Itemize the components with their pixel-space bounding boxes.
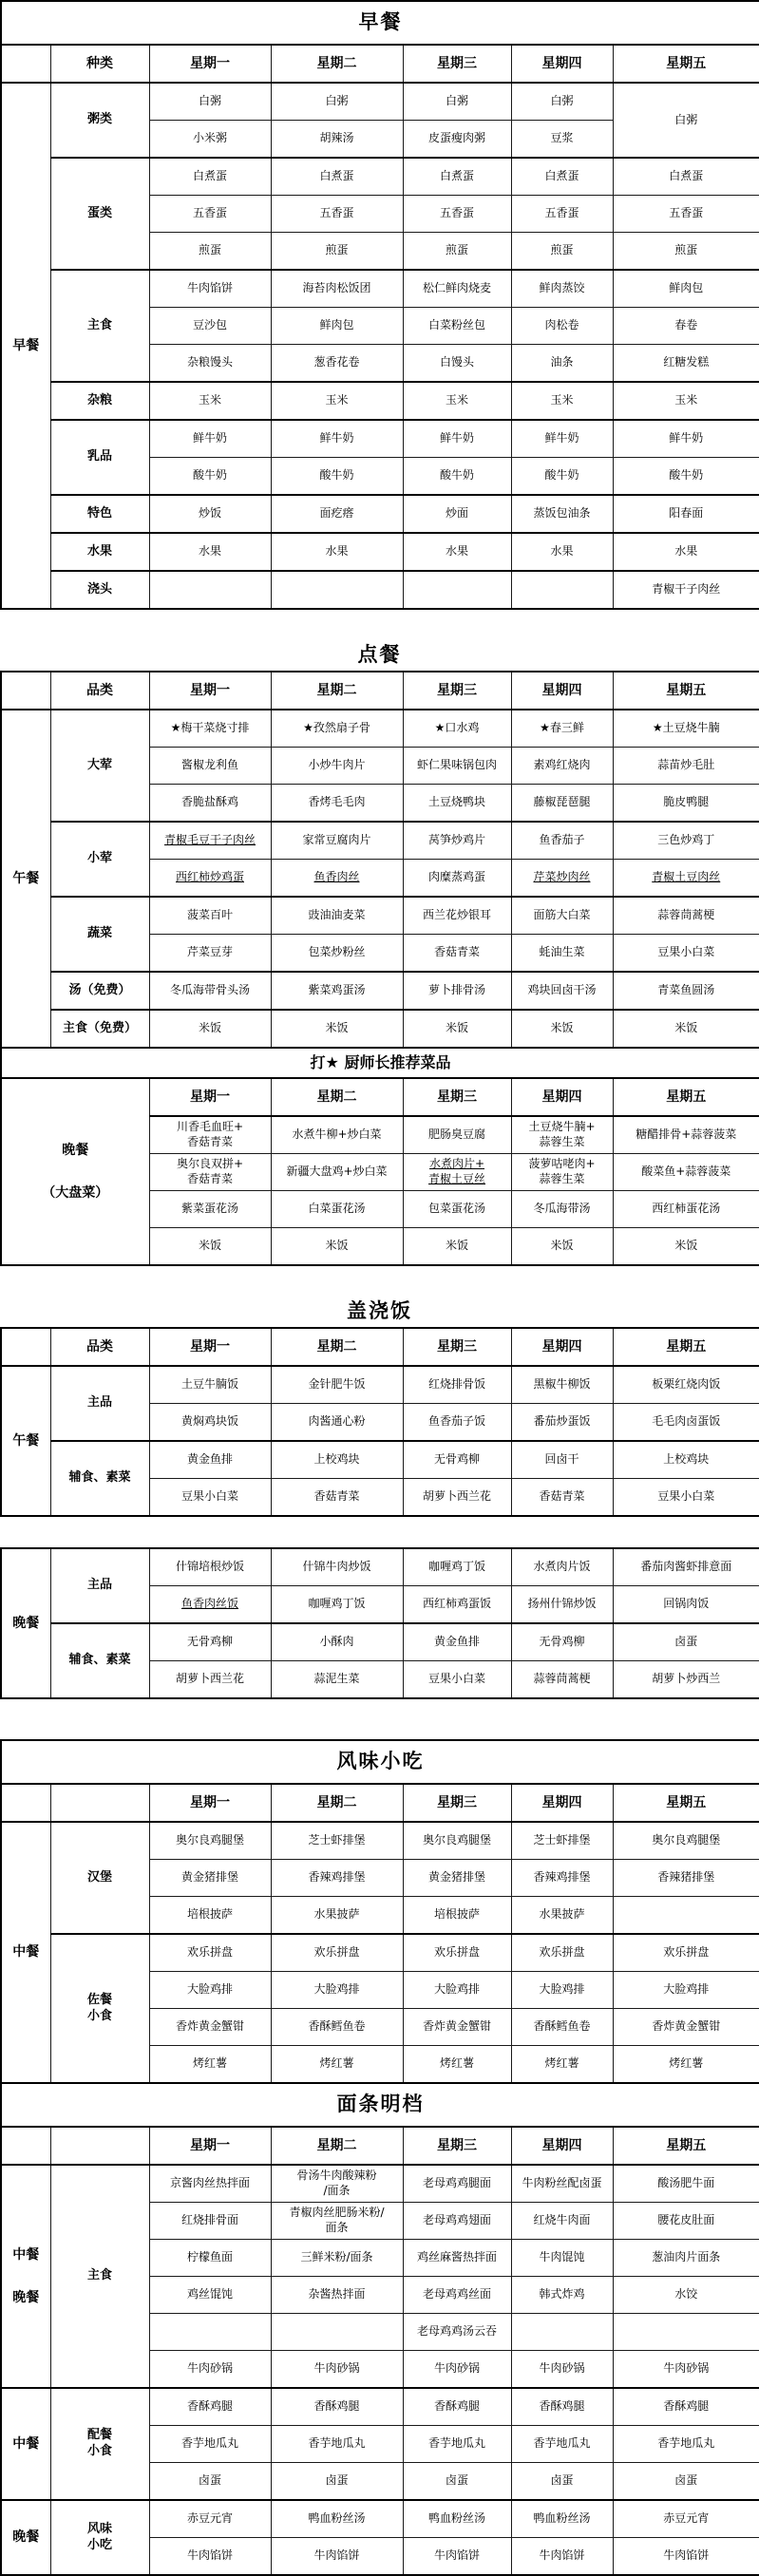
menu-item-cell: 包菜蛋花汤: [403, 1191, 511, 1228]
day-header: 星期五: [613, 2127, 759, 2165]
menu-item-cell: 鲜牛奶: [511, 420, 613, 458]
menu-item-cell: 奥尔良双拼+ 香菇青菜: [149, 1154, 271, 1191]
menu-item-cell: 米饭: [511, 1228, 613, 1266]
category-label: 辅食、素菜: [50, 1441, 149, 1516]
menu-item-cell: 香酥鳕鱼卷: [511, 2009, 613, 2046]
category-label: 特色: [50, 495, 149, 533]
category-label: 风味 小吃: [50, 2500, 149, 2575]
day-header: 星期二: [271, 45, 403, 83]
menu-item-cell: 豆浆: [511, 121, 613, 159]
menu-item-cell: 皮蛋瘦肉粥: [403, 121, 511, 159]
menu-item-cell: ★春三鲜: [511, 710, 613, 748]
corner-cell: [1, 45, 50, 83]
menu-item-cell: 芹菜炒肉丝: [511, 860, 613, 898]
menu-item-cell: 上校鸡块: [271, 1441, 403, 1479]
menu-item-cell: 炒饭: [149, 495, 271, 533]
menu-item-cell: 香酥鸡腿: [149, 2388, 271, 2426]
day-header: 星期四: [511, 45, 613, 83]
menu-item-cell: 韩式炸鸡: [511, 2277, 613, 2314]
menu-item-cell: 黄金猪排堡: [149, 1860, 271, 1897]
menu-item-cell: 大脸鸡排: [613, 1972, 759, 2009]
menu-item-cell: 水煮牛柳+炒白菜: [271, 1116, 403, 1154]
menu-item-cell: 鲜肉包: [613, 270, 759, 308]
menu-item-cell: 酸菜鱼+蒜蓉菠菜: [613, 1154, 759, 1191]
menu-item-cell: 油条: [511, 345, 613, 383]
menu-item-cell: 家常豆腐肉片: [271, 822, 403, 860]
empty-cell: [149, 571, 271, 609]
empty-cell: [403, 571, 511, 609]
category-label: 杂粮: [50, 382, 149, 420]
day-header: 星期一: [149, 1078, 271, 1116]
menu-item-cell: 奥尔良鸡腿堡: [403, 1822, 511, 1860]
menu-item-cell: 白煮蛋: [271, 158, 403, 196]
menu-item-cell: 青椒土豆肉丝: [613, 860, 759, 898]
section-gap: [0, 610, 759, 627]
menu-item-cell: 紫菜蛋花汤: [149, 1191, 271, 1228]
menu-table: 晚餐主品什锦培根炒饭什锦牛肉炒饭咖喱鸡丁饭水煮肉片饭番茄肉酱虾排意面鱼香肉丝饭咖…: [0, 1547, 759, 1699]
menu-item-cell: 豉油油麦菜: [271, 897, 403, 935]
menu-item-cell: 大脸鸡排: [149, 1972, 271, 2009]
menu-item-cell: 水果: [149, 533, 271, 571]
menu-table: 品类星期一星期二星期三星期四星期五午餐大荤★梅干菜烧寸排★孜然扇子骨★口水鸡★春…: [0, 671, 759, 1266]
menu-item-cell: 鸭血粉丝汤: [403, 2500, 511, 2538]
day-header: 星期二: [271, 1784, 403, 1822]
menu-item-cell: 西红柿炒鸡蛋: [149, 860, 271, 898]
category-label: 佐餐 小食: [50, 1934, 149, 2083]
meal-label: 晚餐: [1, 2500, 50, 2575]
section-gap: [0, 1699, 759, 1739]
menu-item-cell: 水果: [613, 533, 759, 571]
menu-item-cell: 阳春面: [613, 495, 759, 533]
menu-item-cell: 奥尔良鸡腿堡: [149, 1822, 271, 1860]
empty-cell: [511, 2314, 613, 2351]
menu-item-cell: 面筋大白菜: [511, 897, 613, 935]
category-label: 粥类: [50, 83, 149, 158]
menu-item-cell: 白粥: [271, 83, 403, 121]
menu-item-cell: 菠萝咕咾肉+ 蒜蓉生菜: [511, 1154, 613, 1191]
menu-item-cell: 胡萝卜西兰花: [149, 1661, 271, 1699]
meal-label: 中餐: [1, 2388, 50, 2500]
menu-item-cell: 香炸黄金蟹钳: [149, 2009, 271, 2046]
empty-cell: [271, 2314, 403, 2351]
column-header: 种类: [50, 45, 149, 83]
menu-item-cell: ★孜然扇子骨: [271, 710, 403, 748]
day-header: 星期一: [149, 1784, 271, 1822]
day-header: 星期一: [149, 45, 271, 83]
category-label: 主品: [50, 1548, 149, 1623]
menu-item-cell: 黄焖鸡块饭: [149, 1404, 271, 1442]
menu-item-cell: 五香蛋: [403, 196, 511, 233]
menu-item-cell: 五香蛋: [511, 196, 613, 233]
menu-item-cell: 老母鸡鸡丝面: [403, 2277, 511, 2314]
menu-item-cell: 玉米: [403, 382, 511, 420]
section-rice-bowls: 盖浇饭品类星期一星期二星期三星期四星期五午餐主品土豆牛腩饭金针肥牛饭红烧排骨饭黑…: [0, 1266, 759, 1699]
menu-item-cell: 酱椒龙利鱼: [149, 748, 271, 785]
day-header: 星期二: [271, 672, 403, 710]
category-label: 主食: [50, 2165, 149, 2388]
menu-item-cell: 牛肉馅饼: [149, 270, 271, 308]
menu-item-cell: 米饭: [149, 1228, 271, 1266]
day-header: 星期二: [271, 1328, 403, 1366]
menu-item-cell: 欢乐拼盘: [149, 1934, 271, 1972]
menu-item-cell: 烤红薯: [403, 2046, 511, 2084]
day-header: 星期三: [403, 672, 511, 710]
menu-item-cell: 川香毛血旺+ 香菇青菜: [149, 1116, 271, 1154]
menu-item-cell: 白粥: [511, 83, 613, 121]
menu-item-cell: 香芋地瓜丸: [613, 2426, 759, 2463]
menu-item-cell: 水果披萨: [271, 1897, 403, 1935]
menu-item-cell: 蒜苗炒毛肚: [613, 748, 759, 785]
empty-cell: [149, 2314, 271, 2351]
menu-item-cell: 白菜粉丝包: [403, 308, 511, 345]
menu-item-cell: 素鸡红烧肉: [511, 748, 613, 785]
column-header: 品类: [50, 672, 149, 710]
menu-item-cell: 玉米: [149, 382, 271, 420]
menu-item-cell: 香酥鸡腿: [271, 2388, 403, 2426]
category-label: 主品: [50, 1366, 149, 1441]
menu-item-cell: 青椒干子肉丝: [613, 571, 759, 609]
menu-item-cell: 培根披萨: [149, 1897, 271, 1935]
menu-item-cell: 水饺: [613, 2277, 759, 2314]
menu-item-cell: 鲜牛奶: [613, 420, 759, 458]
menu-item-cell: 香酥鸡腿: [613, 2388, 759, 2426]
day-header: 星期三: [403, 1784, 511, 1822]
menu-item-cell: 烤红薯: [613, 2046, 759, 2084]
menu-item-cell: 糖醋排骨+蒜蓉菠菜: [613, 1116, 759, 1154]
day-header: 星期五: [613, 672, 759, 710]
menu-item-cell: 香菇青菜: [271, 1479, 403, 1517]
section-gap: [0, 1266, 759, 1283]
menu-item-cell: 牛肉馅饼: [149, 2538, 271, 2576]
menu-item-cell: 鸡丝麻酱热拌面: [403, 2240, 511, 2277]
meal-label: 中餐: [1, 1822, 50, 2083]
menu-item-cell: 青椒肉丝肥肠米粉/ 面条: [271, 2203, 403, 2240]
menu-item-cell: 欢乐拼盘: [403, 1934, 511, 1972]
day-header: 星期三: [403, 1328, 511, 1366]
section-breakfast: 早餐种类星期一星期二星期三星期四星期五早餐粥类白粥白粥白粥白粥白粥小米粥胡辣汤皮…: [0, 0, 759, 610]
menu-item-cell: 回锅肉饭: [613, 1586, 759, 1624]
menu-item-cell: 什锦培根炒饭: [149, 1548, 271, 1586]
empty-cell: [511, 571, 613, 609]
day-header: 星期五: [613, 1328, 759, 1366]
empty-cell: [613, 1897, 759, 1935]
menu-item-cell: 蒜蓉茼蒿梗: [613, 897, 759, 935]
menu-item-cell: 煎蛋: [271, 233, 403, 271]
menu-item-cell: 鸡块回卤干汤: [511, 972, 613, 1010]
menu-item-cell: 鱼香茄子饭: [403, 1404, 511, 1442]
column-header: 品类: [50, 1328, 149, 1366]
menu-item-cell: 米饭: [403, 1228, 511, 1266]
menu-item-cell: 杂粮馒头: [149, 345, 271, 383]
section-title: 风味小吃: [1, 1740, 759, 1784]
menu-item-cell: 酸牛奶: [271, 458, 403, 496]
menu-item-cell: 芝士虾排堡: [511, 1822, 613, 1860]
menu-item-cell: 黄金猪排堡: [403, 1860, 511, 1897]
menu-item-cell: 青菜鱼圆汤: [613, 972, 759, 1010]
menu-item-cell: 三鲜米粉/面条: [271, 2240, 403, 2277]
menu-item-cell: 牛肉馅饼: [511, 2538, 613, 2576]
menu-item-cell: 西红柿鸡蛋饭: [403, 1586, 511, 1624]
day-header: 星期五: [613, 45, 759, 83]
menu-item-cell: 面疙瘩: [271, 495, 403, 533]
category-label: 水果: [50, 533, 149, 571]
menu-item-cell: 水煮肉片+ 青椒土豆丝: [403, 1154, 511, 1191]
menu-item-cell: 大脸鸡排: [511, 1972, 613, 2009]
menu-item-cell: 赤豆元宵: [613, 2500, 759, 2538]
menu-item-cell: 米饭: [149, 1010, 271, 1048]
menu-item-cell: 小米粥: [149, 121, 271, 159]
menu-item-cell: 包菜炒粉丝: [271, 935, 403, 973]
menu-item-cell: 土豆烧鸭块: [403, 785, 511, 823]
category-label: 汉堡: [50, 1822, 149, 1934]
day-header: 星期一: [149, 2127, 271, 2165]
menu-item-cell: 咖喱鸡丁饭: [271, 1586, 403, 1624]
category-label: 蔬菜: [50, 897, 149, 972]
menu-item-cell: 老母鸡鸡汤云吞: [403, 2314, 511, 2351]
menu-item-cell: 米饭: [613, 1010, 759, 1048]
meal-label: 中餐 晚餐: [1, 2165, 50, 2388]
menu-item-cell: 鲜牛奶: [403, 420, 511, 458]
menu-item-cell: 芝士虾排堡: [271, 1822, 403, 1860]
menu-item-cell: 菠菜百叶: [149, 897, 271, 935]
menu-item-cell: 黄金鱼排: [403, 1623, 511, 1661]
menu-item-cell: 香辣鸡排堡: [271, 1860, 403, 1897]
section-title: 点餐: [0, 627, 759, 671]
menu-item-cell: 西兰花炒银耳: [403, 897, 511, 935]
menu-item-cell: 鸭血粉丝汤: [271, 2500, 403, 2538]
menu-item-cell: 蒜泥生菜: [271, 1661, 403, 1699]
menu-item-cell: 水果披萨: [511, 1897, 613, 1935]
menu-item-cell: 红烧排骨面: [149, 2203, 271, 2240]
menu-item-cell: 卤蛋: [403, 2463, 511, 2501]
menu-item-cell: 白粥: [149, 83, 271, 121]
menu-item-cell: 肉酱通心粉: [271, 1404, 403, 1442]
menu-item-cell: 萝卜排骨汤: [403, 972, 511, 1010]
menu-item-cell: 煎蛋: [511, 233, 613, 271]
menu-item-cell: 牛肉馄饨: [511, 2240, 613, 2277]
menu-item-cell: 香芋地瓜丸: [403, 2426, 511, 2463]
menu-item-cell: ★梅干菜烧寸排: [149, 710, 271, 748]
menu-item-cell: 胡辣汤: [271, 121, 403, 159]
menu-item-cell: 米饭: [613, 1228, 759, 1266]
menu-item-cell: 香炸黄金蟹钳: [403, 2009, 511, 2046]
menu-item-cell: 胡萝卜炒西兰: [613, 1661, 759, 1699]
menu-item-cell: 扬州什锦炒饭: [511, 1586, 613, 1624]
day-header: 星期一: [149, 1328, 271, 1366]
menu-item-cell: 水果: [511, 533, 613, 571]
day-header: 星期五: [613, 1078, 759, 1116]
section-title: 面条明档: [1, 2083, 759, 2127]
menu-item-cell: 米饭: [271, 1228, 403, 1266]
menu-item-cell: 番茄肉酱虾排意面: [613, 1548, 759, 1586]
section-snacks: 风味小吃星期一星期二星期三星期四星期五中餐汉堡奥尔良鸡腿堡芝士虾排堡奥尔良鸡腿堡…: [0, 1699, 759, 2084]
menu-item-cell: 回卤干: [511, 1441, 613, 1479]
menu-item-cell: 什锦牛肉炒饭: [271, 1548, 403, 1586]
menu-item-cell: 无骨鸡柳: [403, 1441, 511, 1479]
menu-item-cell: 葱香花卷: [271, 345, 403, 383]
menu-item-cell: 水果: [271, 533, 403, 571]
corner-cell: [1, 672, 50, 710]
column-header: [50, 2127, 149, 2165]
menu-item-cell: 虾仁果味锅包肉: [403, 748, 511, 785]
menu-item-cell: 卤蛋: [613, 2463, 759, 2501]
menu-item-cell: 柠檬鱼面: [149, 2240, 271, 2277]
menu-item-cell: 煎蛋: [613, 233, 759, 271]
menu-item-cell: 酸牛奶: [149, 458, 271, 496]
category-label: 乳品: [50, 420, 149, 495]
menu-item-cell: 香酥鳕鱼卷: [271, 2009, 403, 2046]
menu-item-cell: 煎蛋: [403, 233, 511, 271]
menu-item-cell: 玉米: [271, 382, 403, 420]
day-header: 星期三: [403, 1078, 511, 1116]
menu-item-cell: 芹菜豆芽: [149, 935, 271, 973]
meal-label: 午餐: [1, 710, 50, 1048]
day-header: 星期二: [271, 2127, 403, 2165]
day-header: 星期五: [613, 1784, 759, 1822]
day-header: 星期三: [403, 45, 511, 83]
menu-table: 面条明档星期一星期二星期三星期四星期五中餐 晚餐主食京酱肉丝热拌面骨汤牛肉酸辣粉…: [0, 2082, 759, 2576]
menu-item-cell: 蒜蓉茼蒿梗: [511, 1661, 613, 1699]
day-header: 星期四: [511, 1328, 613, 1366]
menu-item-cell: 奥尔良鸡腿堡: [613, 1822, 759, 1860]
menu-item-cell: 老母鸡鸡翅面: [403, 2203, 511, 2240]
menu-item-cell: 酸汤肥牛面: [613, 2165, 759, 2203]
category-label: 蛋类: [50, 158, 149, 270]
menu-item-cell: 板栗红烧肉饭: [613, 1366, 759, 1404]
menu-item-cell: 卤蛋: [613, 1623, 759, 1661]
category-label: 大荤: [50, 710, 149, 822]
menu-item-cell: 玉米: [613, 382, 759, 420]
menu-item-cell: 小炒牛肉片: [271, 748, 403, 785]
menu-item-cell: 牛肉粉丝配卤蛋: [511, 2165, 613, 2203]
menu-item-cell: 牛肉砂锅: [271, 2351, 403, 2389]
menu-item-cell: 蚝油生菜: [511, 935, 613, 973]
corner-cell: [1, 1328, 50, 1366]
menu-item-cell: 冬瓜海带骨头汤: [149, 972, 271, 1010]
menu-item-cell: 五香蛋: [271, 196, 403, 233]
recommend-banner: 打★ 厨师长推荐菜品: [1, 1048, 759, 1078]
menu-item-cell: 金针肥牛饭: [271, 1366, 403, 1404]
menu-item-cell: 春卷: [613, 308, 759, 345]
menu-item-cell: 白煮蛋: [511, 158, 613, 196]
menu-item-cell: 紫菜鸡蛋汤: [271, 972, 403, 1010]
menu-item-cell: 白煮蛋: [403, 158, 511, 196]
menu-item-cell: 香辣猪排堡: [613, 1860, 759, 1897]
menu-item-cell: 炒面: [403, 495, 511, 533]
menu-item-cell: 豆果小白菜: [149, 1479, 271, 1517]
day-header: 星期四: [511, 1784, 613, 1822]
meal-label: 晚餐 （大盘菜）: [1, 1078, 149, 1265]
menu-item-cell: 松仁鲜肉烧麦: [403, 270, 511, 308]
menu-item-cell: 香芋地瓜丸: [511, 2426, 613, 2463]
meal-label: 早餐: [1, 83, 50, 609]
menu-item-cell: 上校鸡块: [613, 1441, 759, 1479]
menu-item-cell: 卤蛋: [511, 2463, 613, 2501]
menu-item-cell: 三色炒鸡丁: [613, 822, 759, 860]
menu-item-cell: 无骨鸡柳: [149, 1623, 271, 1661]
menu-item-cell: 土豆烧牛腩+ 蒜蓉生菜: [511, 1116, 613, 1154]
section-noodles: 面条明档星期一星期二星期三星期四星期五中餐 晚餐主食京酱肉丝热拌面骨汤牛肉酸辣粉…: [0, 2082, 759, 2576]
menu-item-cell: 番茄炒蛋饭: [511, 1404, 613, 1442]
corner-cell: [1, 1784, 50, 1822]
menu-table: 品类星期一星期二星期三星期四星期五午餐主品土豆牛腩饭金针肥牛饭红烧排骨饭黑椒牛柳…: [0, 1327, 759, 1517]
menu-item-cell: 五香蛋: [149, 196, 271, 233]
menu-item-cell: 胡萝卜西兰花: [403, 1479, 511, 1517]
menu-item-cell: 香酥鸡腿: [403, 2388, 511, 2426]
menu-item-cell: 红烧牛肉面: [511, 2203, 613, 2240]
menu-item-cell: 脆皮鸭腿: [613, 785, 759, 823]
meal-label: 午餐: [1, 1366, 50, 1516]
menu-item-cell: 莴笋炒鸡片: [403, 822, 511, 860]
menu-item-cell: 白馒头: [403, 345, 511, 383]
menu-item-cell: 大脸鸡排: [403, 1972, 511, 2009]
menu-item-cell: 杂酱热拌面: [271, 2277, 403, 2314]
menu-item-cell: 黄金鱼排: [149, 1441, 271, 1479]
menu-item-cell: 红烧排骨饭: [403, 1366, 511, 1404]
menu-item-cell: 葱油肉片面条: [613, 2240, 759, 2277]
weekly-menu: 早餐种类星期一星期二星期三星期四星期五早餐粥类白粥白粥白粥白粥白粥小米粥胡辣汤皮…: [0, 0, 759, 2576]
menu-item-cell: 鸡丝馄饨: [149, 2277, 271, 2314]
day-header: 星期四: [511, 2127, 613, 2165]
menu-item-cell: 牛肉馅饼: [613, 2538, 759, 2576]
menu-item-cell: 腰花皮肚面: [613, 2203, 759, 2240]
day-header: 星期四: [511, 1078, 613, 1116]
menu-item-cell: 牛肉砂锅: [403, 2351, 511, 2389]
category-label: 主食: [50, 270, 149, 382]
menu-item-cell: 新疆大盘鸡+炒白菜: [271, 1154, 403, 1191]
menu-item-cell: 海苔肉松饭团: [271, 270, 403, 308]
menu-item-cell: 牛肉馅饼: [271, 2538, 403, 2576]
menu-item-cell: 玉米: [511, 382, 613, 420]
menu-item-cell: 鱼香肉丝饭: [149, 1586, 271, 1624]
menu-item-cell: 白粥: [403, 83, 511, 121]
menu-item-cell: 骨汤牛肉酸辣粉 /面条: [271, 2165, 403, 2203]
menu-item-cell: 香辣鸡排堡: [511, 1860, 613, 1897]
menu-item-cell: 土豆牛腩饭: [149, 1366, 271, 1404]
menu-item-cell: 香酥鸡腿: [511, 2388, 613, 2426]
menu-item-cell: 鲜肉包: [271, 308, 403, 345]
menu-item-cell: 咖喱鸡丁饭: [403, 1548, 511, 1586]
menu-item-cell: 白粥: [613, 83, 759, 158]
menu-item-cell: 欢乐拼盘: [511, 1934, 613, 1972]
section-gap: [0, 1517, 759, 1547]
menu-item-cell: 卤蛋: [149, 2463, 271, 2501]
day-header: 星期三: [403, 2127, 511, 2165]
menu-item-cell: 烤红薯: [271, 2046, 403, 2084]
menu-item-cell: 白煮蛋: [613, 158, 759, 196]
empty-cell: [271, 571, 403, 609]
menu-item-cell: 烤红薯: [149, 2046, 271, 2084]
section-title: 早餐: [1, 1, 759, 45]
menu-item-cell: 鸭血粉丝汤: [511, 2500, 613, 2538]
day-header: 星期一: [149, 672, 271, 710]
menu-item-cell: 酸牛奶: [613, 458, 759, 496]
menu-item-cell: 小酥肉: [271, 1623, 403, 1661]
empty-cell: [613, 2314, 759, 2351]
menu-item-cell: 蒸饭包油条: [511, 495, 613, 533]
menu-item-cell: 白菜蛋花汤: [271, 1191, 403, 1228]
menu-item-cell: 米饭: [271, 1010, 403, 1048]
section-a-la-carte: 点餐品类星期一星期二星期三星期四星期五午餐大荤★梅干菜烧寸排★孜然扇子骨★口水鸡…: [0, 610, 759, 1266]
menu-item-cell: 白煮蛋: [149, 158, 271, 196]
menu-item-cell: 煎蛋: [149, 233, 271, 271]
menu-item-cell: 豆沙包: [149, 308, 271, 345]
menu-item-cell: 无骨鸡柳: [511, 1623, 613, 1661]
category-label: 汤（免费）: [50, 972, 149, 1010]
menu-item-cell: 黑椒牛柳饭: [511, 1366, 613, 1404]
menu-item-cell: 肉糜蒸鸡蛋: [403, 860, 511, 898]
menu-item-cell: 香菇青菜: [403, 935, 511, 973]
